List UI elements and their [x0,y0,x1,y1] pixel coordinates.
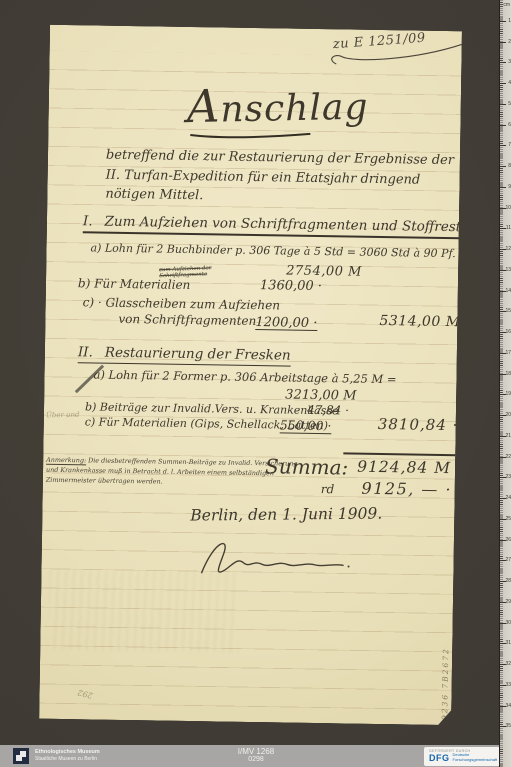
ruler-number: 15 [505,308,511,314]
ruler-number: 4 [508,80,511,86]
ruler-number: 25 [505,516,511,522]
ruler-number: 6 [508,122,511,128]
ruler-number: 7 [508,142,511,148]
ruler-cm-tick [500,21,506,22]
title-underline [188,129,313,141]
section-2-item-b: b) Beiträge zur Invalid.Vers. u. Kranken… [85,400,339,417]
ruler-number: 8 [508,163,511,169]
ruler-cm-tick [500,104,506,105]
document-title: Anschlag [186,77,369,133]
ruler-number: 24 [505,495,511,501]
section-1-item-b-crossed-insert: zum Aufziehen der Schriftfragmente [159,265,225,279]
ruler-unit-label: cm [503,2,510,8]
section-2-item-a-amount: 3213,00 M [285,388,356,404]
ruler-cm-tick [500,62,506,63]
ruler-number: 13 [505,267,511,273]
ruler-number: 23 [505,474,511,480]
section-1-item-c-line2: von Schriftfragmenten [118,312,256,328]
ruler-cm-tick [500,145,506,146]
ruler-number: 11 [506,225,511,231]
ruler-cm-tick [500,187,506,188]
section-1-heading-text: Zum Aufziehen von Schriftfragmenten und … [104,214,478,236]
ruler-number: 33 [505,682,511,688]
dfg-abbr: DFG [429,753,450,763]
margin-pencil-note: Über und [46,411,80,420]
ruler-number: 1 [508,18,511,24]
ruler-number: 31 [505,640,511,646]
section-2-heading: II.Restaurierung der Fresken [78,344,291,366]
archive-footer: Ethnologisches Museum Staatliche Museen … [0,745,512,767]
ruler-number: 3 [508,59,511,65]
ruler-number: 30 [505,620,511,626]
ruler-number: 9 [508,184,511,190]
ruler-number: 28 [505,578,511,584]
section-1-item-a: a) Lohn für 2 Buchbinder p. 306 Tage à 5… [90,241,455,260]
section-2-heading-text: Restaurierung der Fresken [105,345,291,364]
section-1-heading: I.Zum Aufziehen von Schriftfragmenten un… [83,213,478,239]
ruler-number: 22 [505,454,511,460]
ruler-cm-tick [500,83,506,84]
section-2-number: II. [78,344,93,360]
ruler-number: 19 [505,391,511,397]
section-1-number: I. [83,213,93,229]
section-1-subtotal: 5314,00 M [379,313,460,330]
viewer-canvas: { "viewer": { "ruler": { "unit_label": "… [0,0,512,767]
edge-inventory-numbers: 9236 7B2672 [440,647,450,720]
rounded-total: 9125, — · [349,479,465,500]
ruler-number: 14 [505,288,511,294]
section-1-item-c-line1: c) · Glasscheiben zum Aufziehen [83,295,281,312]
ink-bleedthrough [48,570,239,653]
subject-paragraph: betreffend die zur Restaurierung der Erg… [105,146,454,210]
ruler-number: 20 [505,412,511,418]
dfg-name: Deutsche Forschungsgemeinschaft [453,753,498,762]
measurement-ruler: cm 1234567891011121314151617181920212223… [499,0,512,767]
summa-label: Summa: [265,454,349,479]
ruler-number: 18 [505,371,511,377]
ruler-number: 34 [505,703,511,709]
section-1-item-b-amount: 1360,00 · [260,278,322,294]
ruler-cm-tick [500,125,506,126]
ruler-number: 26 [505,537,511,543]
dfg-name-line2: Forschungsgemeinschaft [453,757,498,762]
ruler-number: 5 [508,101,511,107]
registry-note: zu E 1251/09 [332,31,426,53]
folio-number-pencil: 292 [77,688,94,700]
ruler-number: 29 [505,599,511,605]
section-2-subtotal: 3810,84 · [378,415,459,434]
section-2-item-b-amount: 47,84 · [307,403,349,418]
footnote-remark: Anmerkung:Die diesbetreffenden Summen-Be… [46,455,298,489]
ruler-number: 12 [505,246,511,252]
section-1-item-c-amount: 1200,00 · [255,315,317,331]
summa-total: 9124,84 M [343,452,465,477]
dfg-logo-row: DFG Deutsche Forschungsgemeinschaft [429,753,500,763]
section-2-item-a: a) Lohn für 2 Former p. 306 Arbeitstage … [93,367,396,386]
ruler-cm-tick [500,166,506,167]
ruler-number: 35 [505,723,511,729]
ruler-number: 21 [505,433,511,439]
section-2-item-c-amount: 550,00 · [280,417,332,433]
section-1-item-a-amount: 2754,00 M [286,264,362,280]
manuscript-page: zu E 1251/09 Anschlag betreffend die zur… [39,25,462,725]
ruler-number: 2 [508,39,511,45]
ruler-number: 10 [505,205,511,211]
rounded-label: rd [321,482,335,496]
dfg-funding-logo: GEFÖRDERT DURCH DFG Deutsche Forschungsg… [424,747,500,766]
ruler-number: 27 [505,557,511,563]
ruler-number: 32 [505,661,511,667]
ruler-number: 17 [505,350,511,356]
dateline: Berlin, den 1. Juni 1909. [190,505,382,525]
ruler-number: 16 [505,329,511,335]
ruler-cm-tick [500,42,506,43]
